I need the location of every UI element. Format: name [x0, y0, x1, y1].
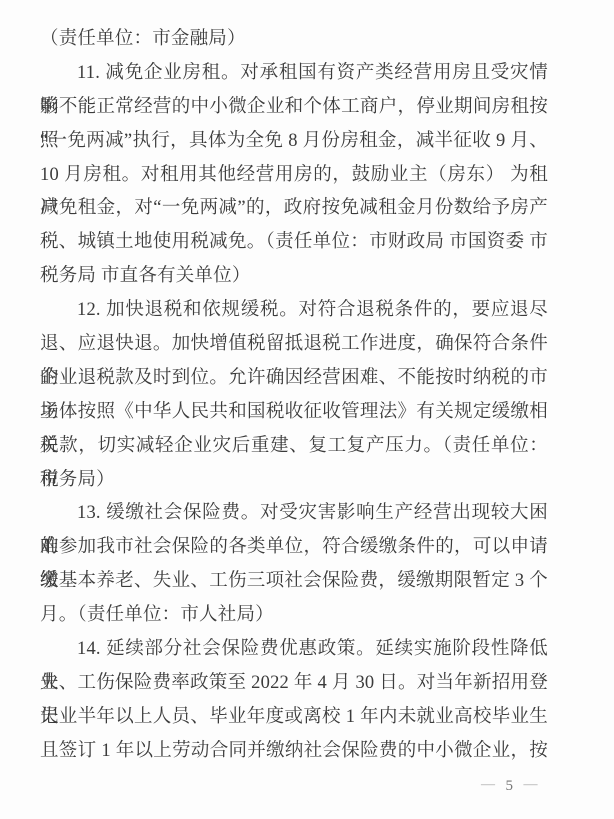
text-line: 14. 延续部分社会保险费优惠政策。延续实施阶段性降低失: [40, 633, 548, 667]
text-line: 11. 减免企业房租。对承租国有资产类经营用房且受灾情影: [40, 57, 548, 91]
document-lines: （责任单位：市金融局）11. 减免企业房租。对承租国有资产类经营用房且受灾情影响…: [40, 23, 548, 769]
text-line: 主体按照《中华人民共和国税收征收管理法》有关规定缓缴相关: [40, 396, 548, 430]
text-line: 失业半年以上人员、毕业年度或离校 1 年内未就业高校毕业生: [40, 701, 548, 735]
page-footer: —5—: [0, 778, 614, 795]
text-line: 业、工伤保险费率政策至 2022 年 4 月 30 日。对当年新招用登记: [40, 667, 548, 701]
footer-right-dash: —: [524, 777, 539, 792]
text-line: 税务局 市直各有关单位）: [40, 260, 548, 294]
text-line: 税款，切实减轻企业灾后重建、复工复产压力。（责任单位：市: [40, 430, 548, 464]
text-line: 响不能正常经营的中小微企业和个体工商户，停业期间房租按照: [40, 91, 548, 125]
text-line: 税、城镇土地使用税减免。（责任单位：市财政局 市国资委 市: [40, 226, 548, 260]
text-line: 退、应退快退。加快增值税留抵退税工作进度，确保符合条件的: [40, 328, 548, 362]
text-line: 且签订 1 年以上劳动合同并缴纳社会保险费的中小微企业，按: [40, 735, 548, 769]
text-line: 的参加我市社会保险的各类单位，符合缓缴条件的，可以申请缓: [40, 531, 548, 565]
text-line: 10 月房租。对租用其他经营用房的，鼓励业主（房东） 为租户: [40, 159, 548, 193]
text-line: 税务局）: [40, 464, 548, 498]
text-line: 企业退税款及时到位。允许确因经营困难、不能按时纳税的市场: [40, 362, 548, 396]
footer-left-dash: —: [481, 777, 496, 792]
text-line: 减免租金，对“一免两减”的，政府按免减租金月份数给予房产: [40, 192, 548, 226]
document-page: （责任单位：市金融局）11. 减免企业房租。对承租国有资产类经营用房且受灾情影响…: [0, 0, 614, 819]
text-line: 12. 加快退税和依规缓税。对符合退税条件的，要应退尽: [40, 294, 548, 328]
text-line: （责任单位：市金融局）: [40, 23, 548, 57]
text-line: 13. 缓缴社会保险费。对受灾害影响生产经营出现较大困难: [40, 497, 548, 531]
text-line: 月。（责任单位：市人社局）: [40, 599, 548, 633]
text-line: 缴基本养老、失业、工伤三项社会保险费，缓缴期限暂定 3 个: [40, 565, 548, 599]
page-number: 5: [506, 778, 514, 794]
text-line: “一免两减”执行，具体为全免 8 月份房租金，减半征收 9 月、: [40, 125, 548, 159]
